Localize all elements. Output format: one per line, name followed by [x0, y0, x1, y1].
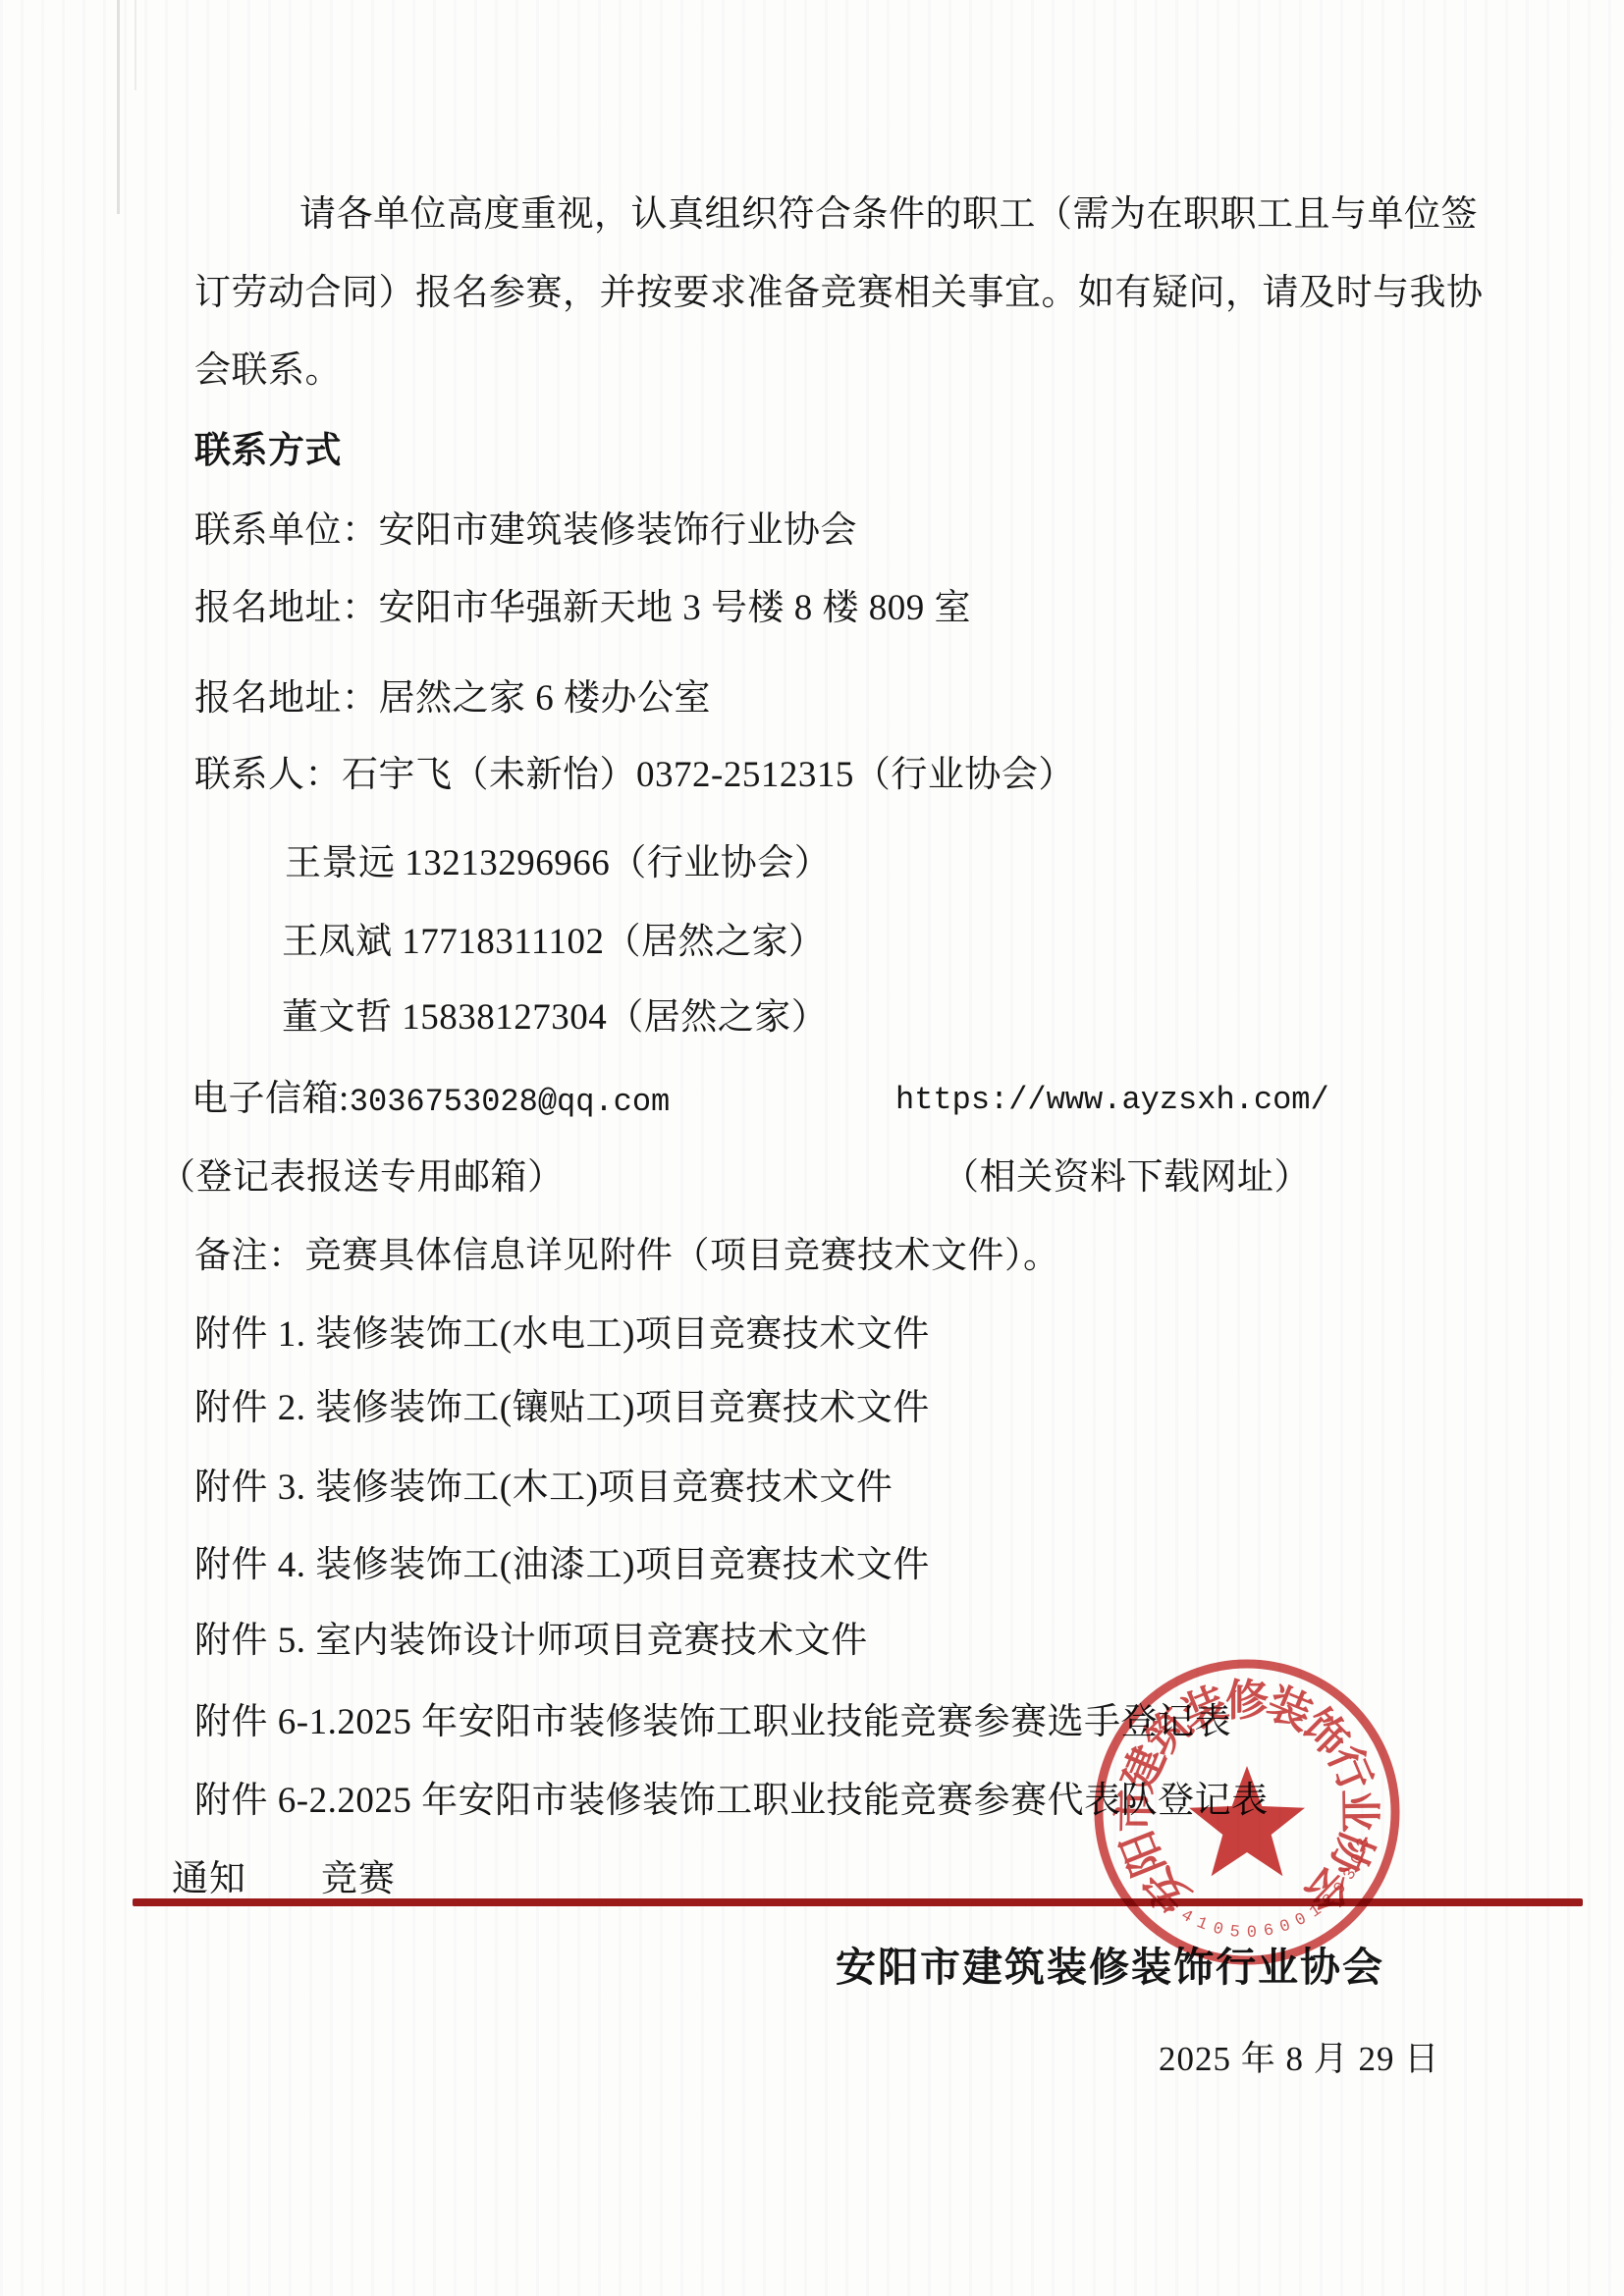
- contact-person-2: 王景远 13213296966（行业协会）: [285, 842, 831, 885]
- attachment-item-1: 附件 1. 装修装饰工(水电工)项目竞赛技术文件: [194, 1313, 930, 1357]
- seal-code-digit: 0: [1246, 1924, 1257, 1943]
- seal-code-digit: 5: [1229, 1923, 1241, 1943]
- seal-code-digit: 0: [1277, 1917, 1293, 1938]
- website-note: （相关资料下载网址）: [943, 1156, 1311, 1200]
- contact-person-4: 董文哲 15838127304（居然之家）: [282, 996, 828, 1040]
- website-url: https://www.ayzsxh.com/: [895, 1082, 1329, 1119]
- attachment-item-2: 附件 2. 装修装饰工(镶贴工)项目竞赛技术文件: [194, 1387, 930, 1430]
- email-note: （登记表报送专用邮箱）: [159, 1156, 565, 1200]
- email-label: 电子信箱:: [191, 1079, 350, 1119]
- email-line: 电子信箱:3036753028@qq.com: [191, 1078, 670, 1121]
- contact-address-1: 报名地址：安阳市华强新天地 3 号楼 8 楼 809 室: [194, 587, 971, 630]
- contact-address-2: 报名地址：居然之家 6 楼办公室: [194, 677, 711, 721]
- paragraph-line: 请各单位高度重视，认真组织符合条件的职工（需为在职职工且与单位签: [299, 193, 1478, 237]
- scan-artifact-line: [135, 0, 136, 90]
- paragraph-line: 会联系。: [194, 349, 342, 393]
- official-seal-stamp: 安阳市建筑装修装饰行业协会41050600129303: [1075, 1640, 1419, 1984]
- seal-code-digit: 4: [1177, 1906, 1195, 1928]
- scanned-notice-page: 请各单位高度重视，认真组织符合条件的职工（需为在职职工且与单位签 订劳动合同）报…: [0, 0, 1624, 2296]
- seal-code-digit: 1: [1194, 1914, 1211, 1935]
- seal-code-digit: 0: [1211, 1919, 1224, 1940]
- attachment-item-4: 附件 4. 装修装饰工(油漆工)项目竞赛技术文件: [194, 1544, 930, 1587]
- paragraph-line: 订劳动合同）报名参赛，并按要求准备竞赛相关事宜。如有疑问，请及时与我协: [194, 272, 1484, 315]
- seal-code-digit: 6: [1263, 1921, 1275, 1942]
- contact-person-3: 王凤斌 17718311102（居然之家）: [282, 921, 826, 964]
- footer-keywords: 通知 竞赛: [172, 1858, 396, 1901]
- contact-person-main: 联系人：石宇飞（未新怡）0372-2512315（行业协会）: [194, 754, 1075, 797]
- contact-heading: 联系方式: [194, 430, 342, 473]
- issue-date: 2025 年 8 月 29 日: [1159, 2039, 1439, 2080]
- seal-star-icon: [1189, 1766, 1305, 1876]
- attachment-item-3: 附件 3. 装修装饰工(木工)项目竞赛技术文件: [194, 1467, 893, 1510]
- remark-line: 备注：竞赛具体信息详见附件（项目竞赛技术文件）。: [194, 1235, 1060, 1278]
- attachment-item-5: 附件 5. 室内装饰设计师项目竞赛技术文件: [194, 1620, 868, 1663]
- contact-unit: 联系单位：安阳市建筑装修装饰行业协会: [194, 509, 857, 553]
- scan-artifact-line: [117, 0, 120, 214]
- seal-code-digit: 0: [1292, 1910, 1310, 1932]
- email-address: 3036753028@qq.com: [350, 1084, 670, 1120]
